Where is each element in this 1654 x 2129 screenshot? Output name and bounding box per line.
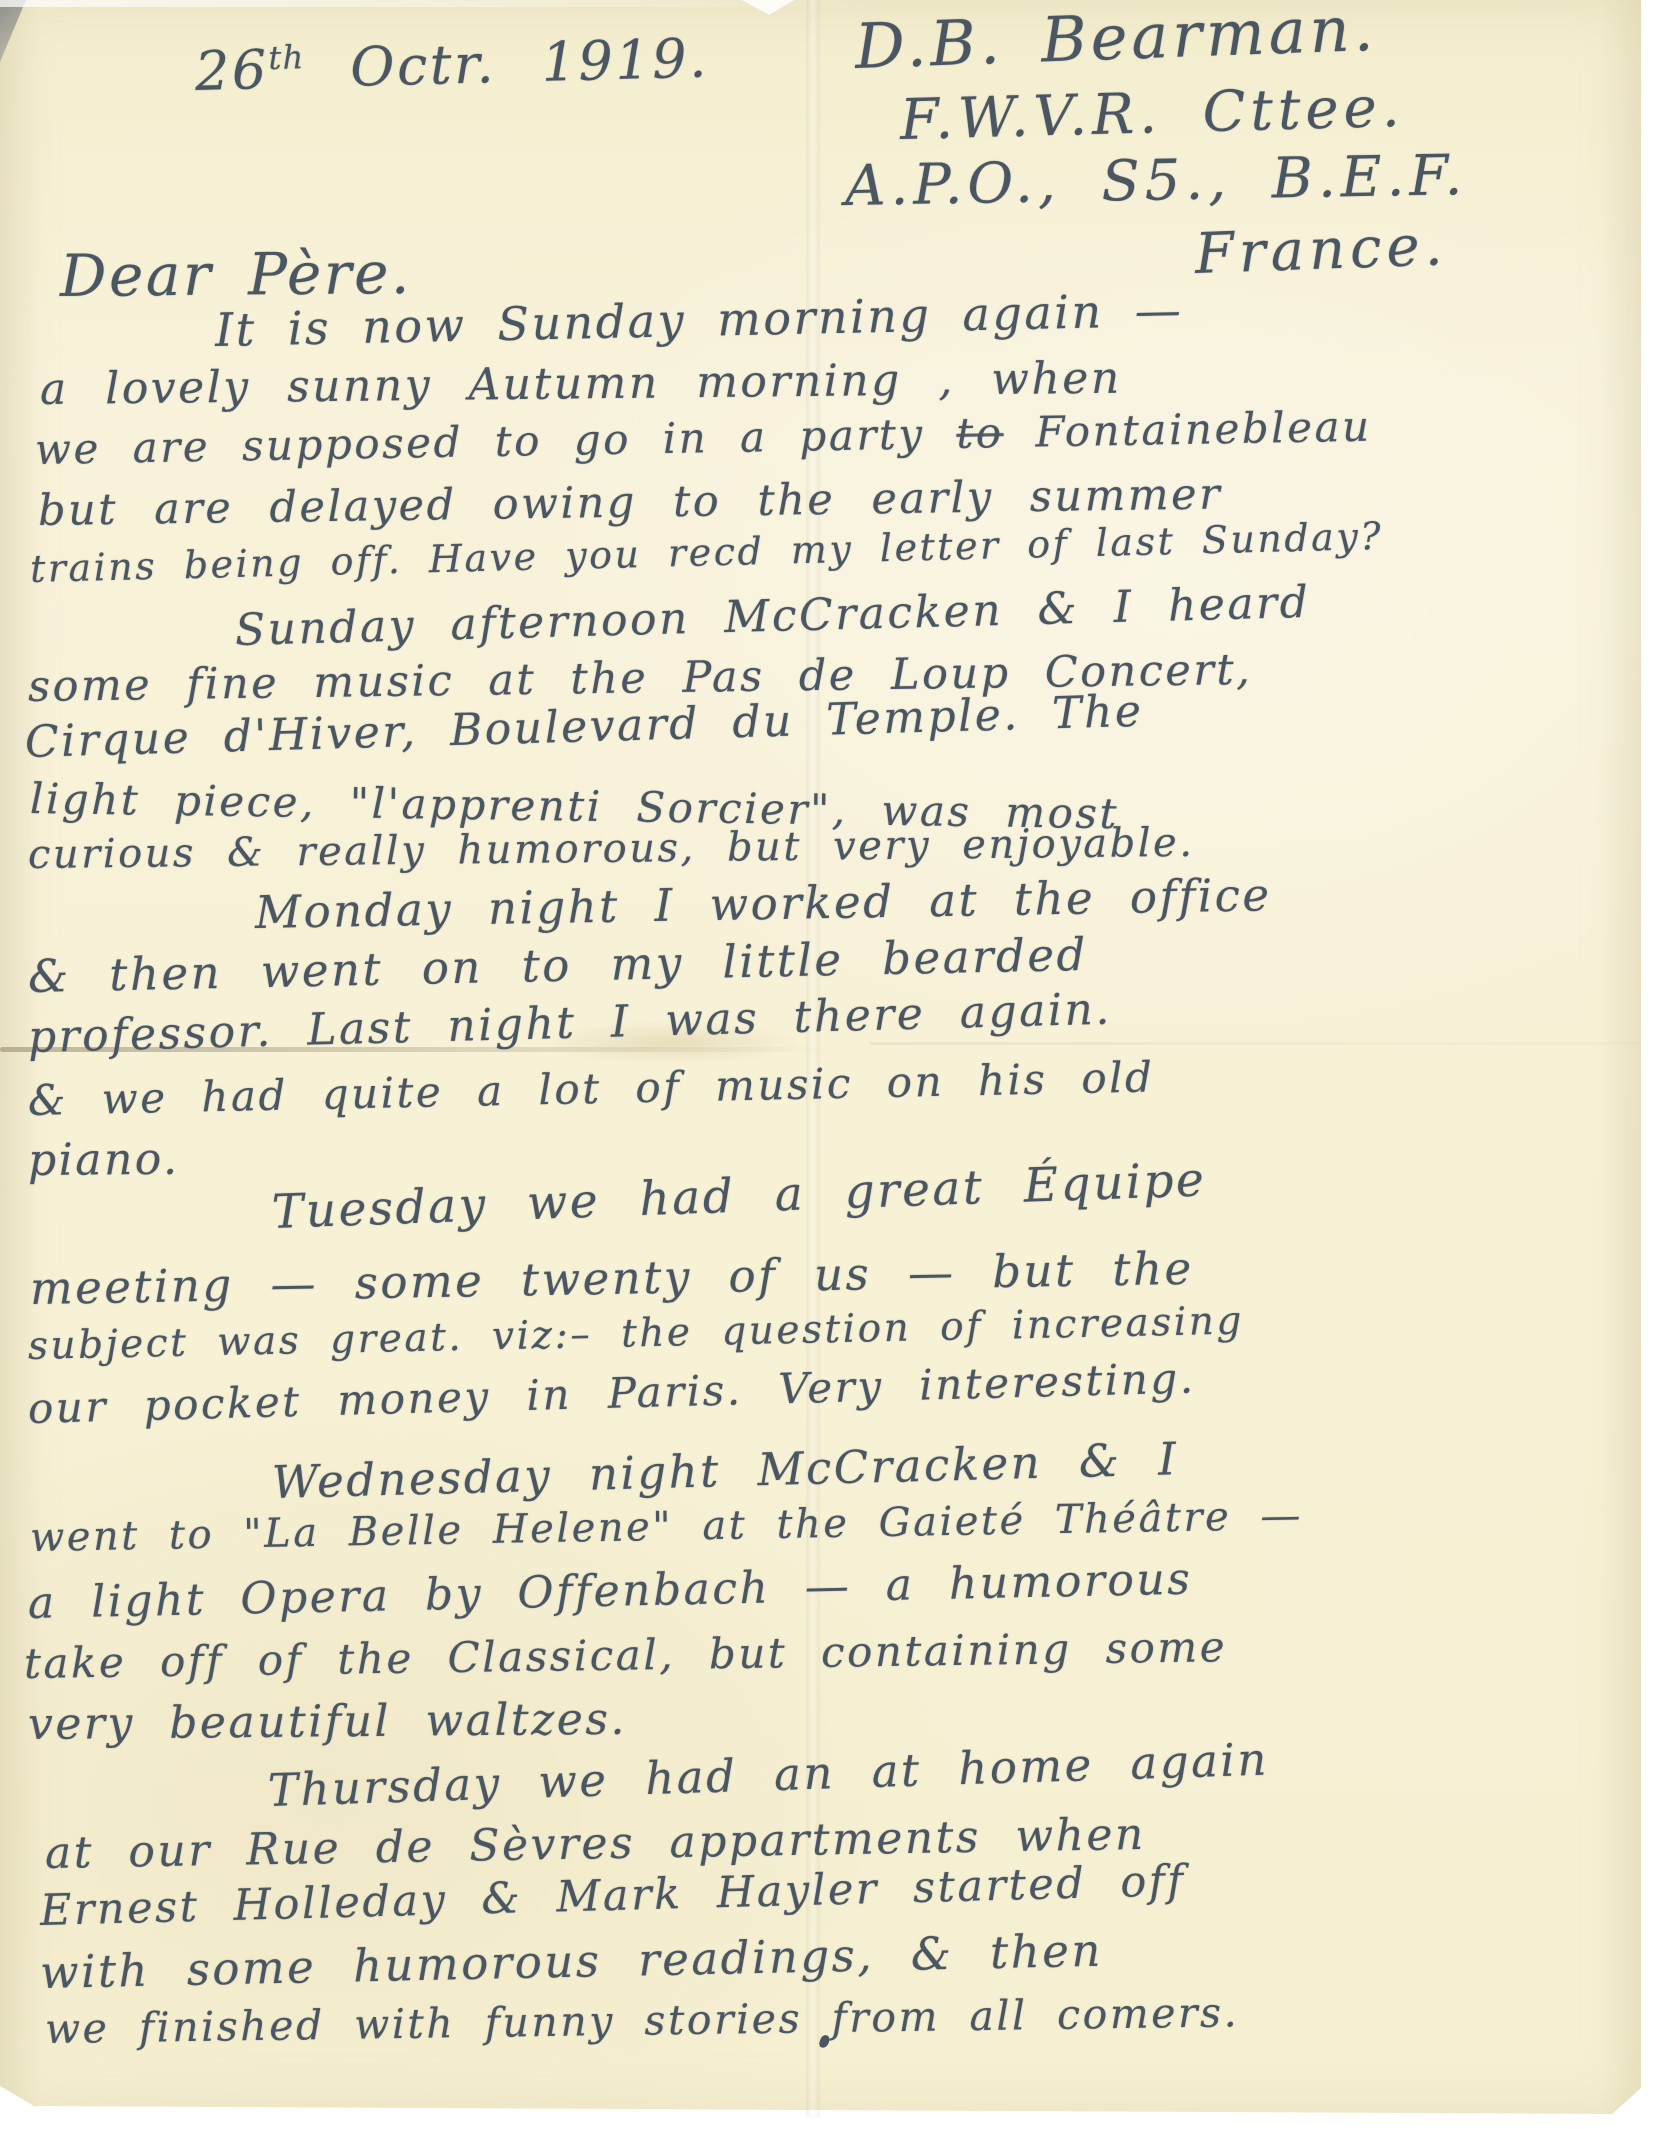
sender-post-office: A.P.O., S5., B.E.F. xyxy=(844,143,1467,219)
date-ordinal: th xyxy=(268,38,305,77)
date-rest: Octr. 1919. xyxy=(304,27,710,101)
fold-crease-horizontal-highlight xyxy=(0,0,870,7)
p1-line3-after: Fontainebleau xyxy=(1003,402,1372,457)
sender-unit: F.W.V.R. Cttee. xyxy=(899,75,1405,153)
p1-line3-struck-word: to xyxy=(956,408,1004,458)
date-day: 26 xyxy=(194,38,269,103)
sender-country: France. xyxy=(1194,213,1449,287)
scanned-letter: 26th Octr. 1919. D.B. Bearman. F.W.V.R. … xyxy=(0,0,1654,2129)
letter-date: 26th Octr. 1919. xyxy=(194,27,709,103)
fold-crease-horizontal-faint xyxy=(870,1042,1641,1045)
p3-line5: piano. xyxy=(28,1134,180,1186)
p5-line5: very beautiful waltzes. xyxy=(28,1694,627,1750)
